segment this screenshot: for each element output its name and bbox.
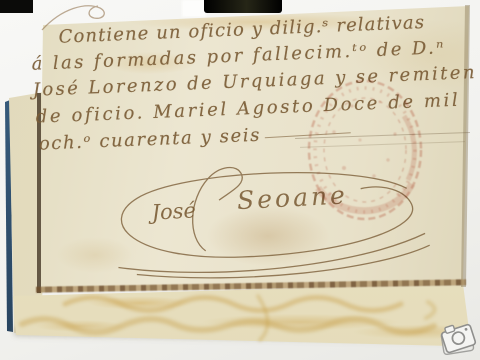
handwriting-line-5: och.ᵒ cuarenta y seis <box>38 125 261 155</box>
black-clip <box>204 0 282 13</box>
bleed-through-writing <box>10 288 480 350</box>
photo-of-letter: Contiene un oficio y dilig.ˢ relativas á… <box>0 0 480 360</box>
red-postal-stamp <box>300 76 430 226</box>
camera-watermark-icon <box>438 316 480 360</box>
signature-given-name: José <box>147 198 196 224</box>
black-prop-bar <box>0 0 33 13</box>
